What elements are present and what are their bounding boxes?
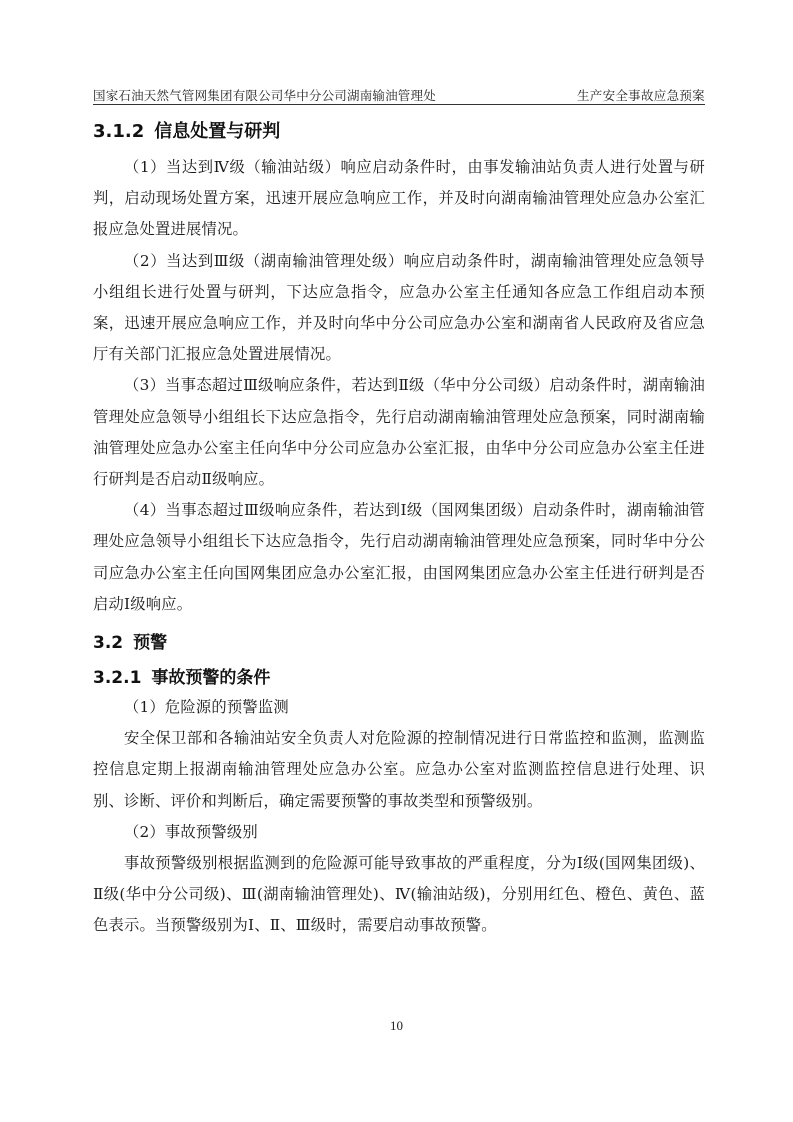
header-document-title: 生产安全事故应急预案: [577, 86, 705, 104]
section-heading-3-1-2: 3.1.2信息处置与研判: [93, 118, 705, 146]
section-number: 3.2.1: [93, 668, 141, 688]
paragraph-response-level-1: （4）当事态超过Ⅲ级响应条件，若达到Ⅰ级（国网集团级）启动条件时，湖南输油管理处…: [93, 495, 705, 620]
section-number: 3.2: [93, 633, 123, 653]
header-organization: 国家石油天然气管网集团有限公司华中分公司湖南输油管理处: [93, 86, 436, 104]
section-number: 3.1.2: [93, 121, 144, 142]
paragraph-hazard-monitoring: 安全保卫部和各输油站安全负责人对危险源的控制情况进行日常监控和监测，监测监控信息…: [93, 723, 705, 817]
section-heading-3-2: 3.2预警: [93, 630, 705, 656]
paragraph-response-level-4: （1）当达到Ⅳ级（输油站级）响应启动条件时，由事发输油站负责人进行处置与研判，启…: [93, 152, 705, 246]
paragraph-response-level-2: （3）当事态超过Ⅲ级响应条件，若达到Ⅱ级（华中分公司级）启动条件时，湖南输油管理…: [93, 370, 705, 495]
section-title: 预警: [133, 633, 167, 653]
subheading-warning-levels: （2）事故预警级别: [93, 817, 705, 848]
paragraph-warning-levels: 事故预警级别根据监测到的危险源可能导致事故的严重程度，分为Ⅰ级(国网集团级)、Ⅱ…: [93, 848, 705, 942]
subheading-hazard-monitoring: （1）危险源的预警监测: [93, 692, 705, 723]
paragraph-response-level-3: （2）当达到Ⅲ级（湖南输油管理处级）响应启动条件时，湖南输油管理处应急领导小组组…: [93, 246, 705, 371]
section-heading-3-2-1: 3.2.1事故预警的条件: [93, 664, 705, 692]
page-number: 10: [0, 1018, 793, 1034]
section-title: 信息处置与研判: [154, 121, 280, 142]
section-title: 事故预警的条件: [151, 668, 270, 688]
page-header: 国家石油天然气管网集团有限公司华中分公司湖南输油管理处 生产安全事故应急预案: [93, 86, 705, 105]
page-content: 3.1.2信息处置与研判 （1）当达到Ⅳ级（输油站级）响应启动条件时，由事发输油…: [93, 118, 705, 942]
